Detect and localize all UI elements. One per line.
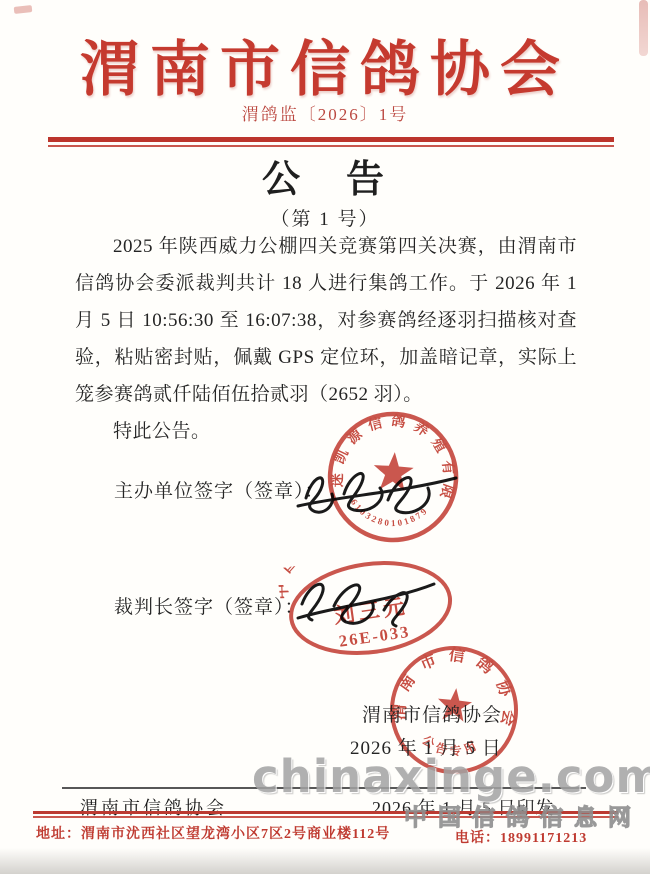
header-red-rule-thin: [48, 145, 614, 147]
scan-bottom-fade: [0, 848, 650, 874]
announcement-document: 渭南市信鸽协会 渭鸽监〔2026〕1号 公 告 （第 1 号） 2025 年陕西…: [0, 0, 650, 874]
chinaxinge-watermark: chinaxinge.com: [252, 750, 650, 803]
red-scan-mark-top-left: [14, 5, 33, 14]
china-pigeon-net-watermark: 中国信鸽信息网: [404, 799, 642, 832]
announcement-issue-number: （第 1 号）: [0, 204, 650, 231]
announcement-title: 公 告: [0, 148, 650, 203]
issuer-organization: 渭南市信鸽协会: [362, 700, 502, 727]
host-handwritten-signature: [292, 448, 462, 533]
document-number: 渭鸽监〔2026〕1号: [0, 100, 650, 125]
red-scan-mark-top-right: [639, 0, 648, 56]
organization-title: 渭南市信鸽协会: [0, 22, 650, 108]
body-paragraph: 2025 年陕西威力公棚四关竞赛第四关决赛，由渭南市信鸽协会委派裁判共计 18 …: [75, 228, 577, 413]
referee-signature-label: 裁判长签字（签章）：: [114, 592, 305, 619]
referee-handwritten-signature: [290, 566, 440, 636]
header-red-rule-thick: [48, 137, 614, 142]
footer-address: 地址：渭南市沋西社区望龙湾小区7区2号商业楼112号: [36, 823, 390, 843]
